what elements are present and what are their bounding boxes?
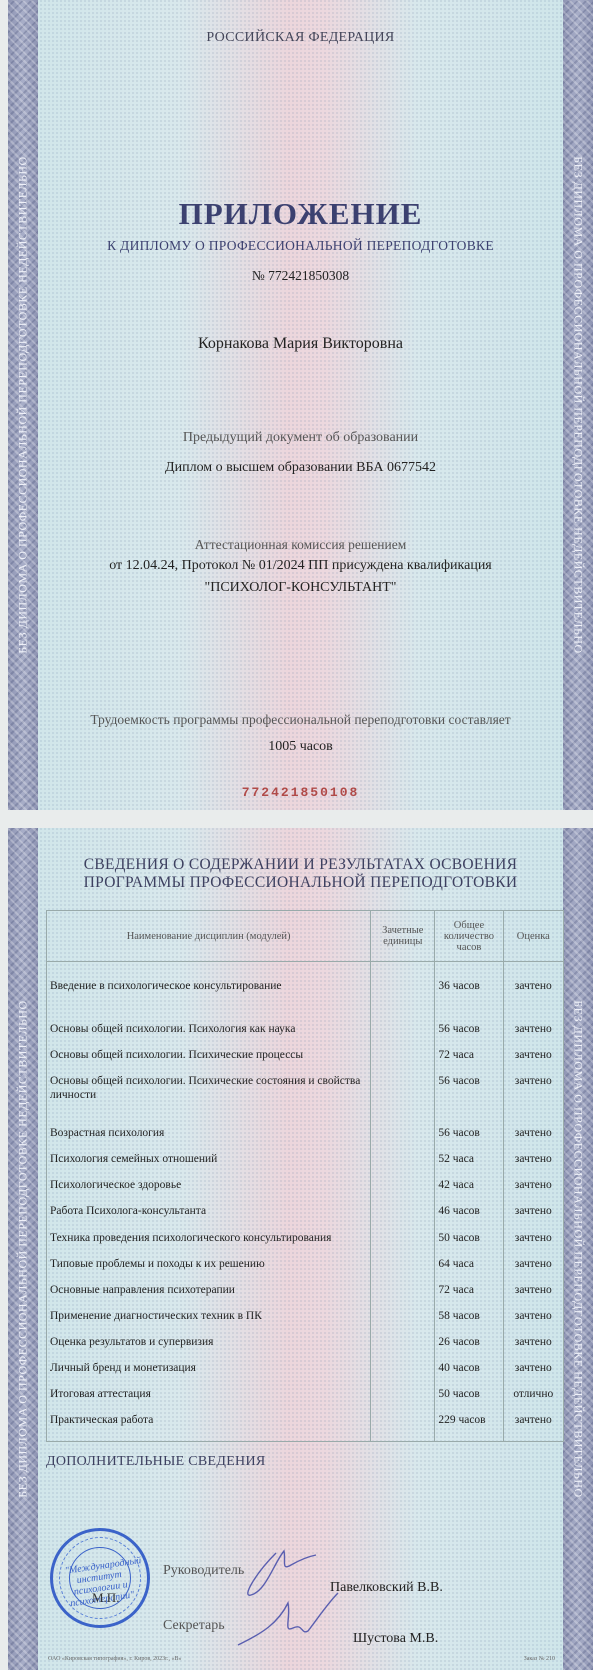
cell-credits [371, 1153, 435, 1179]
cell-hours: 72 часа [435, 1049, 503, 1075]
serial-number: 772421850108 [8, 785, 593, 800]
content-results-title: СВЕДЕНИЯ О СОДЕРЖАНИИ И РЕЗУЛЬТАТАХ ОСВО… [8, 856, 593, 892]
table-row: Практическая работа229 часовзачтено [47, 1414, 564, 1440]
empty-cell [503, 1440, 563, 1441]
total-hours: 1005 часов [8, 739, 593, 755]
cell-name: Психология семейных отношений [47, 1153, 371, 1179]
cell-grade: зачтено [503, 1023, 563, 1049]
table-row: Психология семейных отношений52 часазачт… [47, 1153, 564, 1179]
cell-grade: зачтено [503, 1179, 563, 1205]
printer-note: ОАО «Кировская типография», г. Киров, 20… [48, 1656, 181, 1662]
table-row: Применение диагностических техник в ПК58… [47, 1310, 564, 1336]
cell-name: Оценка результатов и супервизия [47, 1336, 371, 1362]
holder-full-name: Корнакова Мария Викторовна [8, 335, 593, 353]
document-title: ПРИЛОЖЕНИЕ [8, 196, 593, 232]
cell-hours: 64 часа [435, 1258, 503, 1284]
cell-credits [371, 962, 435, 1023]
cell-credits [371, 1075, 435, 1127]
table-row: Техника проведения психологического конс… [47, 1232, 564, 1258]
cell-grade: зачтено [503, 1153, 563, 1179]
cell-credits [371, 1179, 435, 1205]
cell-credits [371, 1023, 435, 1049]
cell-name: Основы общей психологии. Психические сос… [47, 1075, 371, 1127]
qualification: "ПСИХОЛОГ-КОНСУЛЬТАНТ" [8, 580, 593, 596]
diploma-supplement-page-2: БЕЗ ДИПЛОМА О ПРОФЕССИОНАЛЬНОЙ ПЕРЕПОДГО… [8, 828, 593, 1670]
cell-credits [371, 1127, 435, 1153]
cell-name: Основы общей психологии. Психические про… [47, 1049, 371, 1075]
cell-credits [371, 1232, 435, 1258]
cell-name: Основы общей психологии. Психология как … [47, 1023, 371, 1049]
table-filler-row [47, 1440, 564, 1441]
table-row: Личный бренд и монетизация40 часовзачтен… [47, 1362, 564, 1388]
document-number: № 772421850308 [8, 268, 593, 284]
cell-hours: 42 часа [435, 1179, 503, 1205]
empty-cell [47, 1440, 371, 1441]
title-line-1: СВЕДЕНИЯ О СОДЕРЖАНИИ И РЕЗУЛЬТАТАХ ОСВО… [8, 856, 593, 874]
cell-grade: зачтено [503, 1075, 563, 1127]
cell-grade: зачтено [503, 1310, 563, 1336]
table-row: Основы общей психологии. Психические сос… [47, 1075, 564, 1127]
border-text: БЕЗ ДИПЛОМА О ПРОФЕССИОНАЛЬНОЙ ПЕРЕПОДГО… [571, 1000, 586, 1497]
border-text: БЕЗ ДИПЛОМА О ПРОФЕССИОНАЛЬНОЙ ПЕРЕПОДГО… [16, 1000, 31, 1497]
empty-cell [371, 1440, 435, 1441]
table-row: Итоговая аттестация50 часовотлично [47, 1388, 564, 1414]
disciplines-body: Введение в психологическое консультирова… [47, 962, 564, 1442]
cell-hours: 46 часов [435, 1205, 503, 1231]
commission-decision: от 12.04.24, Протокол № 01/2024 ПП прису… [8, 558, 593, 574]
cell-grade: зачтено [503, 962, 563, 1023]
secretary-role-label: Секретарь [163, 1618, 225, 1634]
secretary-signature [233, 1583, 343, 1653]
order-note: Заказ № 210 [524, 1656, 555, 1662]
cell-grade: зачтено [503, 1414, 563, 1440]
cell-grade: зачтено [503, 1205, 563, 1231]
table-row: Типовые проблемы и походы к их решению64… [47, 1258, 564, 1284]
head-role-label: Руководитель [163, 1563, 244, 1579]
table-row: Оценка результатов и супервизия26 часовз… [47, 1336, 564, 1362]
cell-hours: 52 часа [435, 1153, 503, 1179]
stamp-place-label: М.П. [92, 1590, 119, 1606]
cell-name: Техника проведения психологического конс… [47, 1232, 371, 1258]
cell-hours: 56 часов [435, 1127, 503, 1153]
table-row: Основы общей психологии. Психические про… [47, 1049, 564, 1075]
table-row: Возрастная психология56 часовзачтено [47, 1127, 564, 1153]
table-row: Введение в психологическое консультирова… [47, 962, 564, 1023]
cell-name: Личный бренд и монетизация [47, 1362, 371, 1388]
cell-hours: 58 часов [435, 1310, 503, 1336]
previous-document-label: Предыдущий документ об образовании [8, 430, 593, 446]
header-grade: Оценка [503, 911, 563, 962]
cell-name: Введение в психологическое консультирова… [47, 962, 371, 1023]
empty-cell [435, 1440, 503, 1441]
security-border-right: БЕЗ ДИПЛОМА О ПРОФЕССИОНАЛЬНОЙ ПЕРЕПОДГО… [563, 828, 593, 1670]
header-credits: Зачетные единицы [371, 911, 435, 962]
cell-grade: зачтено [503, 1336, 563, 1362]
cell-credits [371, 1336, 435, 1362]
cell-grade: зачтено [503, 1258, 563, 1284]
cell-credits [371, 1284, 435, 1310]
cell-credits [371, 1310, 435, 1336]
cell-hours: 40 часов [435, 1362, 503, 1388]
document-subtitle: К ДИПЛОМУ О ПРОФЕССИОНАЛЬНОЙ ПЕРЕПОДГОТО… [8, 238, 593, 254]
cell-name: Психологическое здоровье [47, 1179, 371, 1205]
table-header-row: Наименование дисциплин (модулей) Зачетны… [47, 911, 564, 962]
cell-credits [371, 1362, 435, 1388]
table-row: Работа Психолога-консультанта46 часовзач… [47, 1205, 564, 1231]
table-row: Основные направления психотерапии72 часа… [47, 1284, 564, 1310]
commission-label: Аттестационная комиссия решением [8, 537, 593, 553]
cell-grade: отлично [503, 1388, 563, 1414]
table-row: Основы общей психологии. Психология как … [47, 1023, 564, 1049]
secretary-name: Шустова М.В. [353, 1631, 438, 1647]
cell-hours: 56 часов [435, 1075, 503, 1127]
security-border-right: БЕЗ ДИПЛОМА О ПРОФЕССИОНАЛЬНОЙ ПЕРЕПОДГО… [563, 0, 593, 810]
cell-name: Применение диагностических техник в ПК [47, 1310, 371, 1336]
header-name: Наименование дисциплин (модулей) [47, 911, 371, 962]
table-row: Психологическое здоровье42 часазачтено [47, 1179, 564, 1205]
cell-grade: зачтено [503, 1049, 563, 1075]
cell-name: Работа Психолога-консультанта [47, 1205, 371, 1231]
cell-name: Основные направления психотерапии [47, 1284, 371, 1310]
cell-grade: зачтено [503, 1232, 563, 1258]
cell-name: Практическая работа [47, 1414, 371, 1440]
cell-name: Итоговая аттестация [47, 1388, 371, 1414]
cell-grade: зачтено [503, 1284, 563, 1310]
cell-grade: зачтено [503, 1127, 563, 1153]
cell-name: Возрастная психология [47, 1127, 371, 1153]
security-border-left: БЕЗ ДИПЛОМА О ПРОФЕССИОНАЛЬНОЙ ПЕРЕПОДГО… [8, 828, 38, 1670]
cell-hours: 36 часов [435, 962, 503, 1023]
previous-document-value: Диплом о высшем образовании ВБА 0677542 [8, 460, 593, 476]
cell-hours: 56 часов [435, 1023, 503, 1049]
security-border-left: БЕЗ ДИПЛОМА О ПРОФЕССИОНАЛЬНОЙ ПЕРЕПОДГО… [8, 0, 38, 810]
header-hours: Общее количество часов [435, 911, 503, 962]
additional-info-label: ДОПОЛНИТЕЛЬНЫЕ СВЕДЕНИЯ [46, 1454, 266, 1470]
cell-credits [371, 1258, 435, 1284]
title-line-2: ПРОГРАММЫ ПРОФЕССИОНАЛЬНОЙ ПЕРЕПОДГОТОВК… [8, 874, 593, 892]
diploma-supplement-page-1: БЕЗ ДИПЛОМА О ПРОФЕССИОНАЛЬНОЙ ПЕРЕПОДГО… [8, 0, 593, 810]
disciplines-table: Наименование дисциплин (модулей) Зачетны… [46, 910, 564, 1442]
cell-hours: 229 часов [435, 1414, 503, 1440]
cell-hours: 26 часов [435, 1336, 503, 1362]
labor-intensity-label: Трудоемкость программы профессиональной … [8, 712, 593, 728]
cell-credits [371, 1388, 435, 1414]
cell-name: Типовые проблемы и походы к их решению [47, 1258, 371, 1284]
cell-hours: 50 часов [435, 1388, 503, 1414]
cell-credits [371, 1049, 435, 1075]
head-name: Павелковский В.В. [330, 1580, 443, 1596]
cell-credits [371, 1414, 435, 1440]
official-stamp: "Международный институт психологии и пси… [50, 1528, 150, 1628]
cell-hours: 50 часов [435, 1232, 503, 1258]
country-heading: РОССИЙСКАЯ ФЕДЕРАЦИЯ [8, 30, 593, 46]
cell-hours: 72 часа [435, 1284, 503, 1310]
cell-grade: зачтено [503, 1362, 563, 1388]
cell-credits [371, 1205, 435, 1231]
